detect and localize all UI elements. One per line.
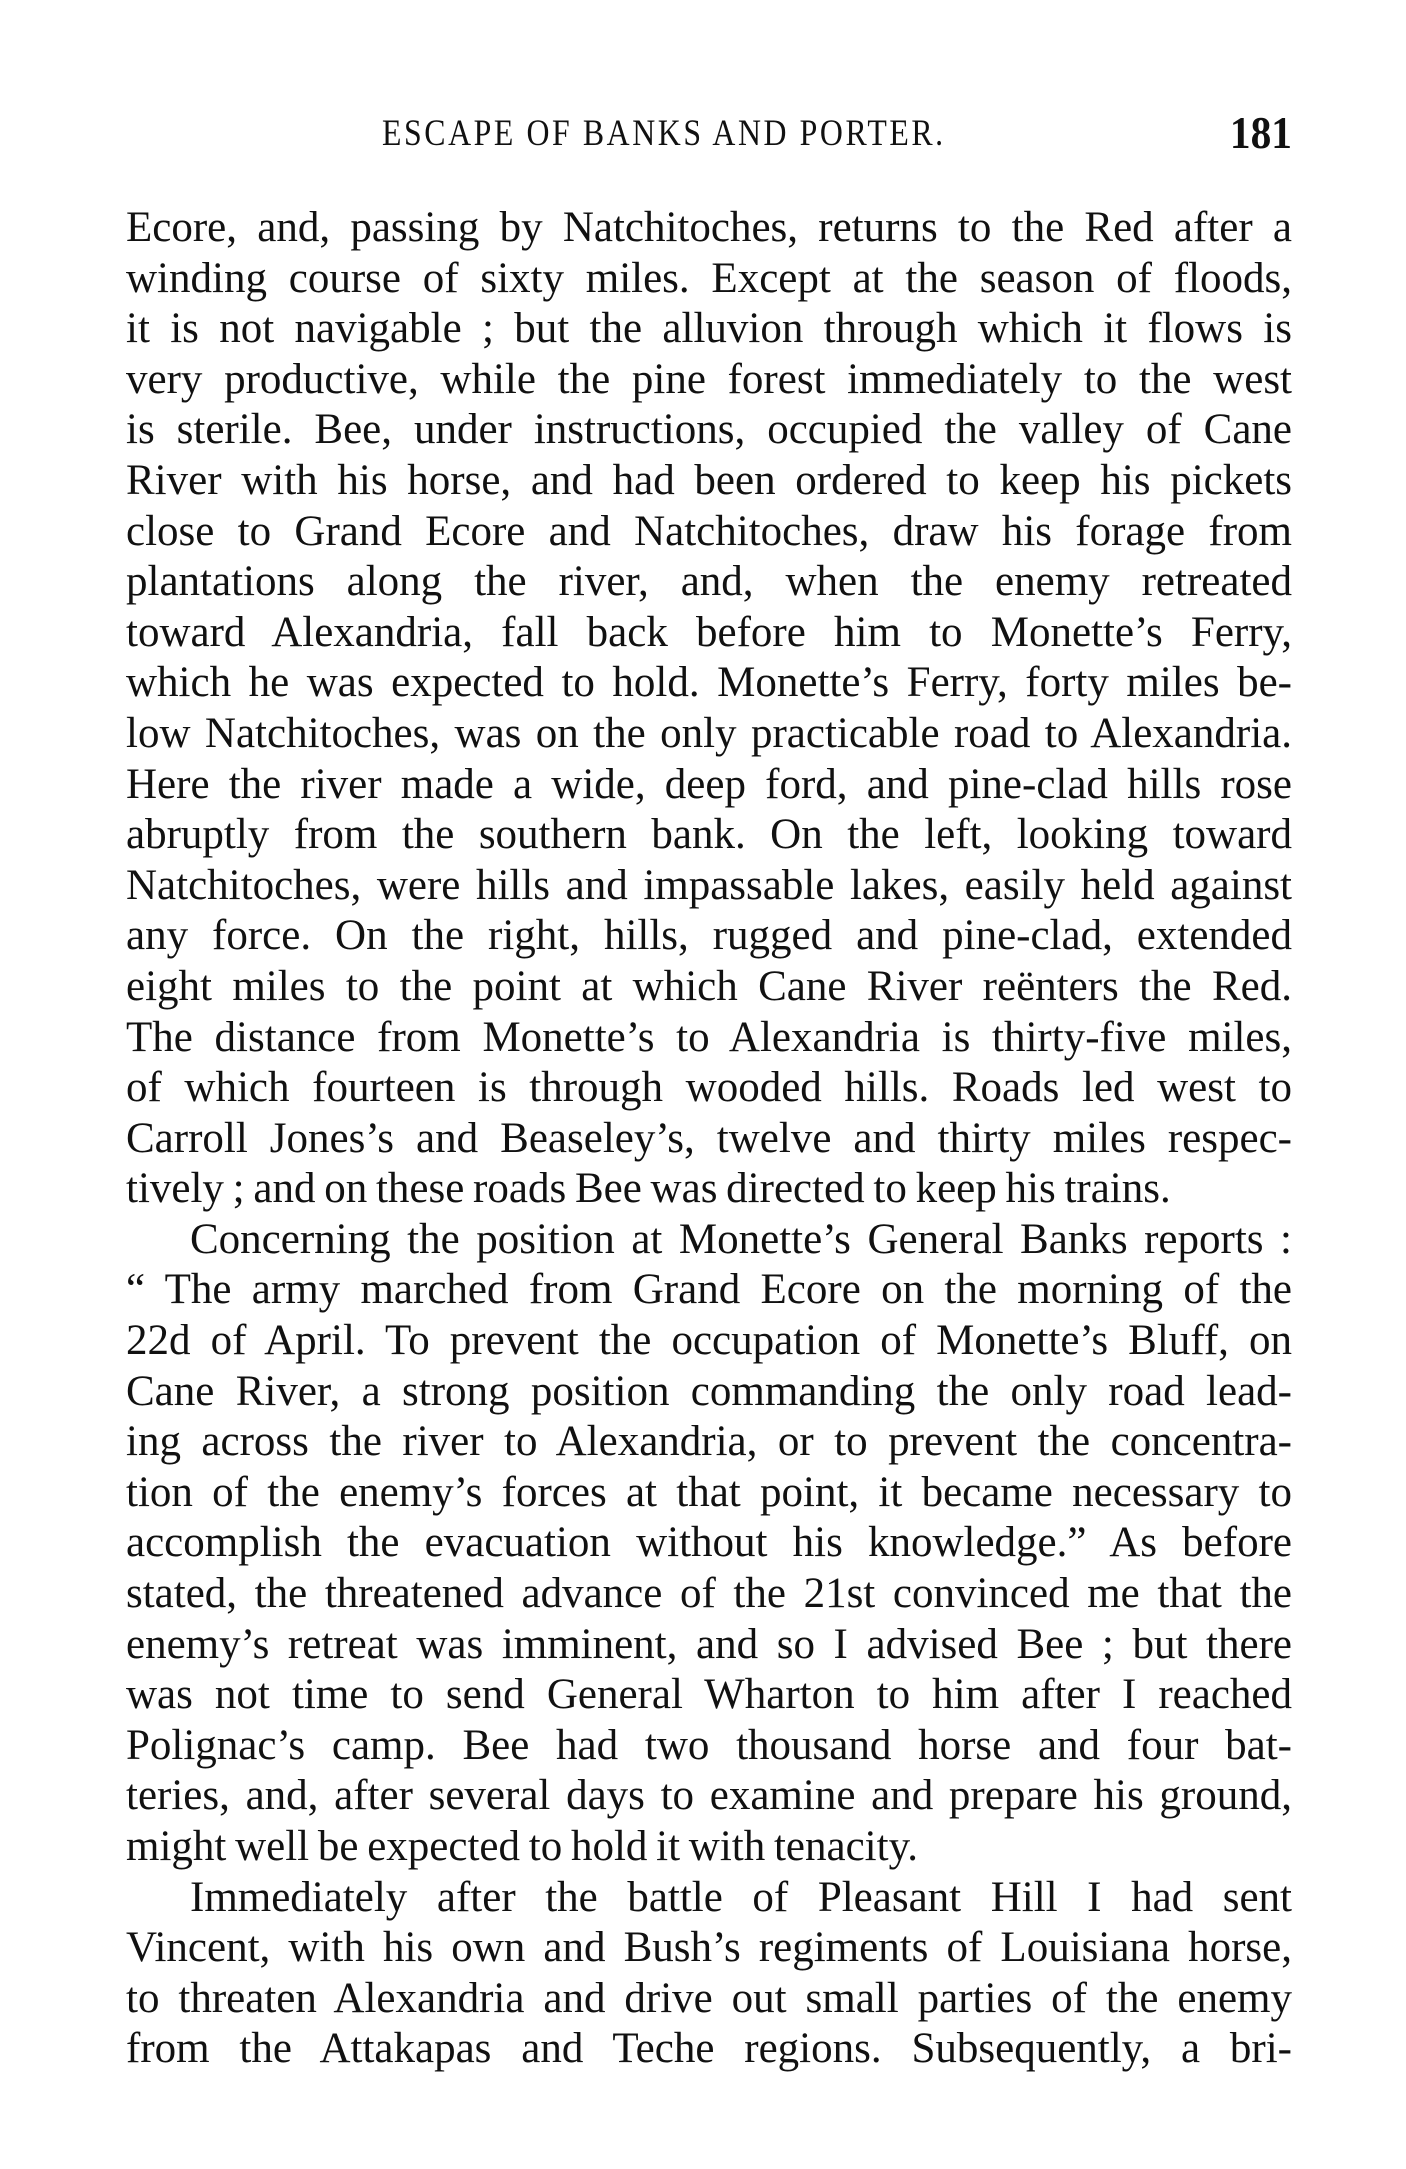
text-line: Ecore, and, passing by Natchitoches, ret… (126, 203, 1292, 254)
text-line: Natchitoches, were hills and impassable … (126, 861, 1292, 912)
text-line: plantations along the river, and, when t… (126, 557, 1292, 608)
text-line: of which fourteen is through wooded hill… (126, 1063, 1292, 1114)
text-line: was not time to send General Wharton to … (126, 1670, 1292, 1721)
page-number: 181 (1230, 108, 1292, 158)
text-line: from the Attakapas and Teche regions. Su… (126, 2024, 1292, 2075)
text-line: ing across the river to Alexandria, or t… (126, 1417, 1292, 1468)
text-line: River with his horse, and had been order… (126, 456, 1292, 507)
text-line: very productive, while the pine forest i… (126, 355, 1292, 406)
text-line: Cane River, a strong position commanding… (126, 1367, 1292, 1418)
running-title: ESCAPE OF BANKS AND PORTER. (382, 112, 948, 156)
text-line: accomplish the evacuation without his kn… (126, 1518, 1292, 1569)
paragraph-end-line: tively ; and on these roads Bee was dire… (126, 1164, 1292, 1215)
paragraph-start-line: Immediately after the battle of Pleasant… (126, 1873, 1292, 1924)
text-line: low Natchitoches, was on the only practi… (126, 709, 1292, 760)
text-line: tion of the enemy’s forces at that point… (126, 1468, 1292, 1519)
paragraph-end-line: might well be expected to hold it with t… (126, 1822, 1292, 1873)
text-line: “ The army marched from Grand Ecore on t… (126, 1265, 1292, 1316)
body-text: Ecore, and, passing by Natchitoches, ret… (126, 203, 1292, 2075)
text-line: it is not navigable ; but the alluvion t… (126, 304, 1292, 355)
text-line: Polignac’s camp. Bee had two thousand ho… (126, 1721, 1292, 1772)
text-line: toward Alexandria, fall back before him … (126, 608, 1292, 659)
text-line: Here the river made a wide, deep ford, a… (126, 760, 1292, 811)
text-line: which he was expected to hold. Monette’s… (126, 658, 1292, 709)
text-line: any force. On the right, hills, rugged a… (126, 911, 1292, 962)
text-line: close to Grand Ecore and Natchitoches, d… (126, 507, 1292, 558)
text-line: The distance from Monette’s to Alexandri… (126, 1013, 1292, 1064)
text-line: to threaten Alexandria and drive out sma… (126, 1974, 1292, 2025)
paragraph-start-line: Concerning the position at Monette’s Gen… (126, 1215, 1292, 1266)
text-line: abruptly from the southern bank. On the … (126, 810, 1292, 861)
text-line: Vincent, with his own and Bush’s regimen… (126, 1923, 1292, 1974)
text-line: 22d of April. To prevent the occupation … (126, 1316, 1292, 1367)
text-line: stated, the threatened advance of the 21… (126, 1569, 1292, 1620)
text-line: winding course of sixty miles. Except at… (126, 254, 1292, 305)
text-line: eight miles to the point at which Cane R… (126, 962, 1292, 1013)
text-line: enemy’s retreat was imminent, and so I a… (126, 1620, 1292, 1671)
running-head: ESCAPE OF BANKS AND PORTER. 181 (126, 108, 1292, 158)
book-page: ESCAPE OF BANKS AND PORTER. 181 Ecore, a… (0, 0, 1406, 2169)
text-line: is sterile. Bee, under instructions, occ… (126, 405, 1292, 456)
text-line: Carroll Jones’s and Beaseley’s, twelve a… (126, 1114, 1292, 1165)
text-line: teries, and, after several days to exami… (126, 1771, 1292, 1822)
